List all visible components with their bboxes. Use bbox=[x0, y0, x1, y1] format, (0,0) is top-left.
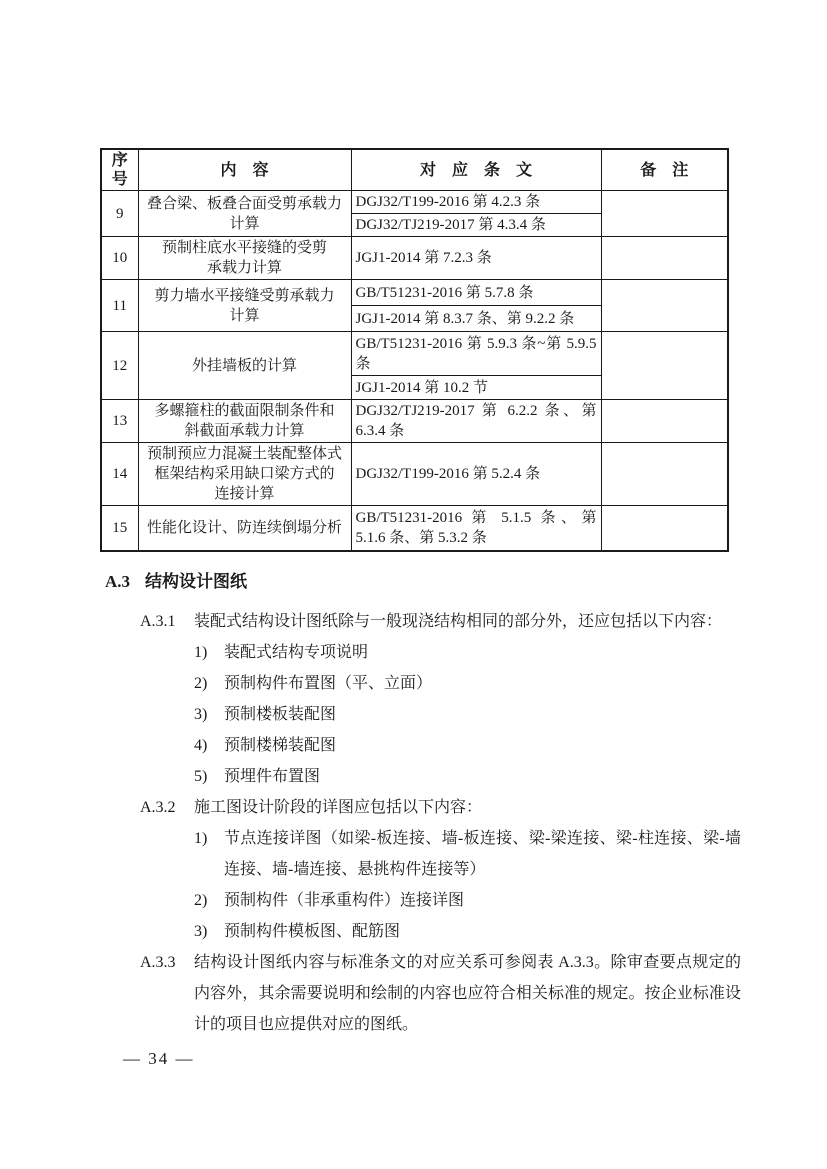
remark-cell bbox=[601, 400, 728, 443]
clause-text: 结构设计图纸内容与标准条文的对应关系可参阅表 A.3.3。除审查要点规定的内容外… bbox=[194, 947, 741, 1040]
seq-cell: 12 bbox=[101, 332, 138, 400]
item-label: 3) bbox=[194, 916, 224, 947]
list-item: 2) 预制构件布置图（平、立面） bbox=[194, 668, 741, 699]
item-label: 4) bbox=[194, 730, 224, 761]
clause-cell: JGJ1-2014 第 10.2 节 bbox=[351, 376, 601, 400]
item-label: 3) bbox=[194, 699, 224, 730]
list-item: 4) 预制楼梯装配图 bbox=[194, 730, 741, 761]
header-content: 内 容 bbox=[138, 149, 351, 191]
section-number: A.3 bbox=[105, 572, 130, 591]
clause-label: A.3.1 bbox=[140, 606, 194, 637]
seq-cell: 9 bbox=[101, 191, 138, 237]
remark-cell bbox=[601, 332, 728, 400]
clause-cell: DGJ32/T199-2016 第 4.2.3 条 bbox=[351, 191, 601, 214]
item-text: 预制楼板装配图 bbox=[224, 699, 741, 730]
remark-cell bbox=[601, 237, 728, 280]
remark-cell bbox=[601, 506, 728, 551]
document-page: 序 号 内 容 对 应 条 文 备 注 9 叠合梁、板叠合面受剪承载力 计算 D… bbox=[0, 0, 827, 1169]
review-points-table: 序 号 内 容 对 应 条 文 备 注 9 叠合梁、板叠合面受剪承载力 计算 D… bbox=[100, 148, 729, 552]
clause-cell: DGJ32/T199-2016 第 5.2.4 条 bbox=[351, 443, 601, 506]
seq-cell: 13 bbox=[101, 400, 138, 443]
clause-cell: JGJ1-2014 第 7.2.3 条 bbox=[351, 237, 601, 280]
list-item: 3) 预制构件模板图、配筋图 bbox=[194, 916, 741, 947]
remark-cell bbox=[601, 443, 728, 506]
table-row-14: 14 预制预应力混凝土装配整体式 框架结构采用缺口梁方式的 连接计算 DGJ32… bbox=[101, 443, 728, 506]
header-remark: 备 注 bbox=[601, 149, 728, 191]
clause-a331: A.3.1 装配式结构设计图纸除与一般现浇结构相同的部分外，还应包括以下内容： bbox=[140, 606, 741, 637]
list-item: 1) 装配式结构专项说明 bbox=[194, 637, 741, 668]
item-label: 5) bbox=[194, 761, 224, 792]
content-cell: 性能化设计、防连续倒塌分析 bbox=[138, 506, 351, 551]
remark-cell bbox=[601, 280, 728, 332]
clause-a333: A.3.3 结构设计图纸内容与标准条文的对应关系可参阅表 A.3.3。除审查要点… bbox=[140, 947, 741, 1040]
header-seq: 序 号 bbox=[101, 149, 138, 191]
content-cell: 剪力墙水平接缝受剪承载力 计算 bbox=[138, 280, 351, 332]
item-text: 预制构件（非承重构件）连接详图 bbox=[224, 885, 741, 916]
table-row-13: 13 多螺箍柱的截面限制条件和 斜截面承载力计算 DGJ32/TJ219-201… bbox=[101, 400, 728, 443]
clause-cell: DGJ32/TJ219-2017 第 4.3.4 条 bbox=[351, 214, 601, 237]
clause-cell: GB/T51231-2016 第 5.9.3 条~第 5.9.5 条 bbox=[351, 332, 601, 376]
item-label: 2) bbox=[194, 668, 224, 699]
seq-cell: 15 bbox=[101, 506, 138, 551]
section-title: 结构设计图纸 bbox=[145, 572, 247, 591]
content-cell: 预制预应力混凝土装配整体式 框架结构采用缺口梁方式的 连接计算 bbox=[138, 443, 351, 506]
content-cell: 多螺箍柱的截面限制条件和 斜截面承载力计算 bbox=[138, 400, 351, 443]
clause-label: A.3.2 bbox=[140, 792, 194, 823]
item-text: 预制构件模板图、配筋图 bbox=[224, 916, 741, 947]
table-header-row: 序 号 内 容 对 应 条 文 备 注 bbox=[101, 149, 728, 191]
item-text: 预制构件布置图（平、立面） bbox=[224, 668, 741, 699]
list-item: 3) 预制楼板装配图 bbox=[194, 699, 741, 730]
content-cell: 外挂墙板的计算 bbox=[138, 332, 351, 400]
clause-text: 施工图设计阶段的详图应包括以下内容： bbox=[194, 792, 741, 823]
header-clause: 对 应 条 文 bbox=[351, 149, 601, 191]
clause-cell: GB/T51231-2016 第 5.1.5 条、第 5.1.6 条、第 5.3… bbox=[351, 506, 601, 551]
clause-a332: A.3.2 施工图设计阶段的详图应包括以下内容： bbox=[140, 792, 741, 823]
item-label: 1) bbox=[194, 823, 224, 885]
content-cell: 叠合梁、板叠合面受剪承载力 计算 bbox=[138, 191, 351, 237]
remark-cell bbox=[601, 191, 728, 237]
section-a3: A.3结构设计图纸 A.3.1 装配式结构设计图纸除与一般现浇结构相同的部分外，… bbox=[105, 569, 741, 1040]
clause-text: 装配式结构设计图纸除与一般现浇结构相同的部分外，还应包括以下内容： bbox=[194, 606, 741, 637]
clause-label: A.3.3 bbox=[140, 947, 194, 1040]
seq-cell: 11 bbox=[101, 280, 138, 332]
table-row-9: 9 叠合梁、板叠合面受剪承载力 计算 DGJ32/T199-2016 第 4.2… bbox=[101, 191, 728, 214]
item-label: 2) bbox=[194, 885, 224, 916]
clause-cell: DGJ32/TJ219-2017 第 6.2.2 条、第 6.3.4 条 bbox=[351, 400, 601, 443]
section-heading: A.3结构设计图纸 bbox=[105, 569, 741, 595]
content-cell: 预制柱底水平接缝的受剪 承载力计算 bbox=[138, 237, 351, 280]
table-row-10: 10 预制柱底水平接缝的受剪 承载力计算 JGJ1-2014 第 7.2.3 条 bbox=[101, 237, 728, 280]
table-row-11: 11 剪力墙水平接缝受剪承载力 计算 GB/T51231-2016 第 5.7.… bbox=[101, 280, 728, 306]
page-number: — 34 — bbox=[123, 1049, 195, 1069]
item-text: 预制楼梯装配图 bbox=[224, 730, 741, 761]
item-label: 1) bbox=[194, 637, 224, 668]
table-row-12: 12 外挂墙板的计算 GB/T51231-2016 第 5.9.3 条~第 5.… bbox=[101, 332, 728, 376]
table-row-15: 15 性能化设计、防连续倒塌分析 GB/T51231-2016 第 5.1.5 … bbox=[101, 506, 728, 551]
list-item: 1) 节点连接详图（如梁-板连接、墙-板连接、梁-梁连接、梁-柱连接、梁-墙连接… bbox=[194, 823, 741, 885]
seq-cell: 10 bbox=[101, 237, 138, 280]
item-text: 装配式结构专项说明 bbox=[224, 637, 741, 668]
item-text: 节点连接详图（如梁-板连接、墙-板连接、梁-梁连接、梁-柱连接、梁-墙连接、墙-… bbox=[224, 823, 741, 885]
list-item: 2) 预制构件（非承重构件）连接详图 bbox=[194, 885, 741, 916]
clause-cell: JGJ1-2014 第 8.3.7 条、第 9.2.2 条 bbox=[351, 306, 601, 332]
seq-cell: 14 bbox=[101, 443, 138, 506]
list-item: 5) 预埋件布置图 bbox=[194, 761, 741, 792]
item-text: 预埋件布置图 bbox=[224, 761, 741, 792]
clause-cell: GB/T51231-2016 第 5.7.8 条 bbox=[351, 280, 601, 306]
